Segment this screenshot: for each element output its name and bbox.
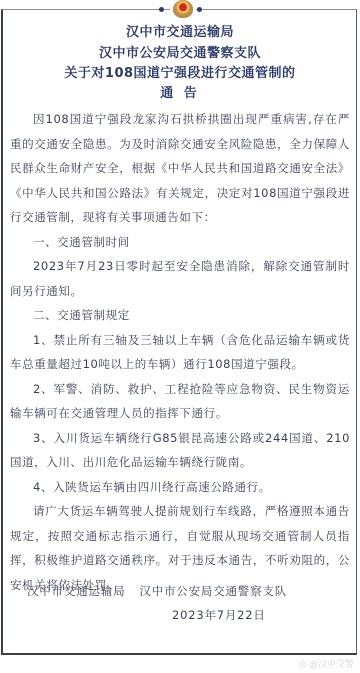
intro-paragraph: 因108国道宁强段龙家沟石拱桥拱圈出现严重病害,存在严重的交通安全隐患。为及时消… [10,107,350,230]
signature-date: 2023年7月22日 [172,605,266,625]
signature-org-transport: 汉中市交通运输局 [27,584,125,598]
time-paragraph: 2023年7月23日零时起至安全隐患消除，解除交通管制时间另行通知。 [10,254,350,303]
section-heading-rules: 二、交通管制规定 [10,303,350,328]
title-notice: 通 告 [0,84,360,104]
rule-item-2: 2、军警、消防、救护、工程抢险等应急物资、民生物资运输车辆可在交通管理人员的指挥… [10,377,350,426]
rule-item-4: 4、入陕货运车辆由四川绕行高速公路通行。 [10,475,350,500]
dot-decoration-icon [159,7,164,12]
title-org-police: 汉中市公安局交通警察支队 [0,44,360,64]
notice-body: 因108国道宁强段龙家沟石拱桥拱圈出现严重病害,存在严重的交通安全隐患。为及时消… [10,107,350,597]
weibo-icon: ◎ [298,660,306,670]
emblem-header [0,0,360,22]
title-subject: 关于对108国道宁强段进行交通管制的 [0,64,360,84]
dot-decoration-icon [197,7,202,12]
title-org-transport: 汉中市交通运输局 [0,23,360,43]
signature-line: 汉中市交通运输局汉中市公安局交通警察支队 [27,581,287,601]
rule-item-1: 1、禁止所有三轴及三轴以上车辆（含危化品运输车辆或货车总重量超过10吨以上的车辆… [10,328,350,377]
watermark-text: @汉中交警 [309,660,354,670]
police-emblem-icon [170,0,196,20]
section-heading-time: 一、交通管制时间 [10,230,350,255]
weibo-watermark: ◎ @汉中交警 [298,659,354,671]
rule-item-3: 3、入川货运车辆绕行G85银昆高速公路或244国道、210国道，入川、出川危化品… [10,426,350,475]
signature-org-police: 汉中市公安局交通警察支队 [139,584,287,598]
